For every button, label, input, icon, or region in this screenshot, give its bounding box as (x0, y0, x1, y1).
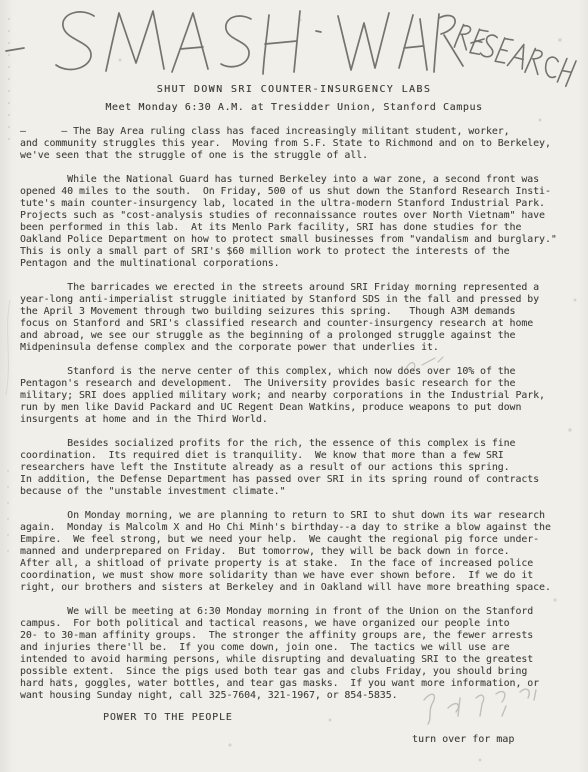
body-paragraph-7: We will be meeting at 6:30 Monday mornin… (20, 606, 580, 702)
closing-slogan: POWER TO THE PEOPLE (103, 712, 233, 723)
body-paragraph-1: — — The Bay Area ruling class has faced … (20, 126, 580, 162)
body-paragraph-5: Besides socialized profits for the rich,… (20, 438, 580, 498)
flyer-body: — — The Bay Area ruling class has faced … (20, 126, 580, 714)
turn-over-note: turn over for map (412, 734, 514, 745)
body-paragraph-4: Stanford is the nerve center of this com… (20, 366, 580, 426)
scanned-flyer-page: SMASH WAR RESEARCH SHUT DOWN SRI COUNTER… (0, 0, 588, 772)
handwritten-title-text: SMASH WAR RESEARCH (0, 0, 1, 1)
body-paragraph-2: While the National Guard has turned Berk… (20, 174, 580, 270)
page-heading: SHUT DOWN SRI COUNTER-INSURGENCY LABS (0, 84, 588, 95)
handwritten-title-smash-war-research (30, 4, 582, 88)
page-subheading: Meet Monday 6:30 A.M. at Tresidder Union… (0, 102, 588, 113)
body-paragraph-6: On Monday morning, we are planning to re… (20, 510, 580, 594)
body-paragraph-3: The barricades we erected in the streets… (20, 282, 580, 354)
